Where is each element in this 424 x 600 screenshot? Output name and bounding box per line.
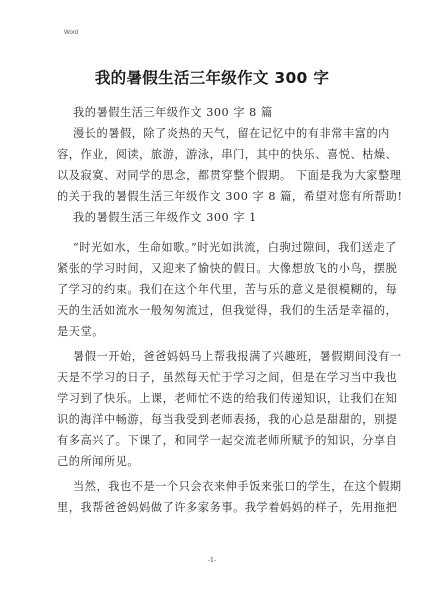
text-line: 暑假一开始，爸爸妈妈马上帮我报满了兴趣班，暑假期间没有一 <box>57 346 369 367</box>
section-heading: 我的暑假生活三年级作文 300 字 1 <box>57 207 369 228</box>
text-line: 紧张的学习时间，又迎来了愉快的假日。大像想放飞的小鸟，摆脱 <box>57 258 369 279</box>
page-number: -1- <box>0 556 424 564</box>
text-line: 己的所闻所见。 <box>57 451 369 472</box>
text-line: 有多高兴了。下课了，和同学一起交流老师所赋予的知识，分享自 <box>57 430 369 451</box>
text-line: 当然，我也不是一个只会衣来伸手饭来张口的学生，在这个假期 <box>57 476 369 497</box>
text-line: 识的海洋中畅游，每当我受到老师表扬，我的心总是甜甜的，别提 <box>57 409 369 430</box>
text-line: 学习到了快乐。上课，老师忙不迭的给我们传递知识，让我们在知 <box>57 388 369 409</box>
text-line: 天的生活如流水一般匆匆流过，但我觉得，我们的生活是幸福的， <box>57 300 369 321</box>
app-label: Word <box>64 30 78 36</box>
document-page: Word 我的暑假生活三年级作文 300 字 我的暑假生活三年级作文 300 字… <box>0 0 424 600</box>
text-line: 里，我帮爸爸妈妈做了许多家务事。我学着妈妈的样子，先用拖把 <box>57 497 369 518</box>
text-line: “时光如水，生命如歌。”时光如洪流，白驹过隙间，我们送走了 <box>57 237 369 258</box>
text-line: 天是不学习的日子，虽然每天忙于学习之间，但是在学习当中我也 <box>57 367 369 388</box>
text-line: 漫长的暑假，除了炎热的天气，留在记忆中的有非常丰富的内 <box>57 123 369 144</box>
text-line: 了学习的约束。我们在这个年代里，苦与乐的意义是很模糊的，每 <box>57 279 369 300</box>
document-body: 我的暑假生活三年级作文 300 字 8 篇 漫长的暑假，除了炎热的天气，留在记忆… <box>57 102 369 518</box>
document-title: 我的暑假生活三年级作文 300 字 <box>0 66 424 88</box>
text-line: 是天堂。 <box>57 321 369 342</box>
text-line: 容，作业，阅读，旅游，游泳，串门，其中的快乐、喜悦、枯燥、 <box>57 144 369 165</box>
text-line: 我的暑假生活三年级作文 300 字 8 篇 <box>57 102 369 123</box>
text-line: 以及寂寞、对同学的思念，都贯穿整个假期。 下面是我为大家整理 <box>57 165 369 186</box>
text-line: 的关于我的暑假生活三年级作文 300 字 8 篇，希望对您有所帮助! <box>57 186 369 207</box>
